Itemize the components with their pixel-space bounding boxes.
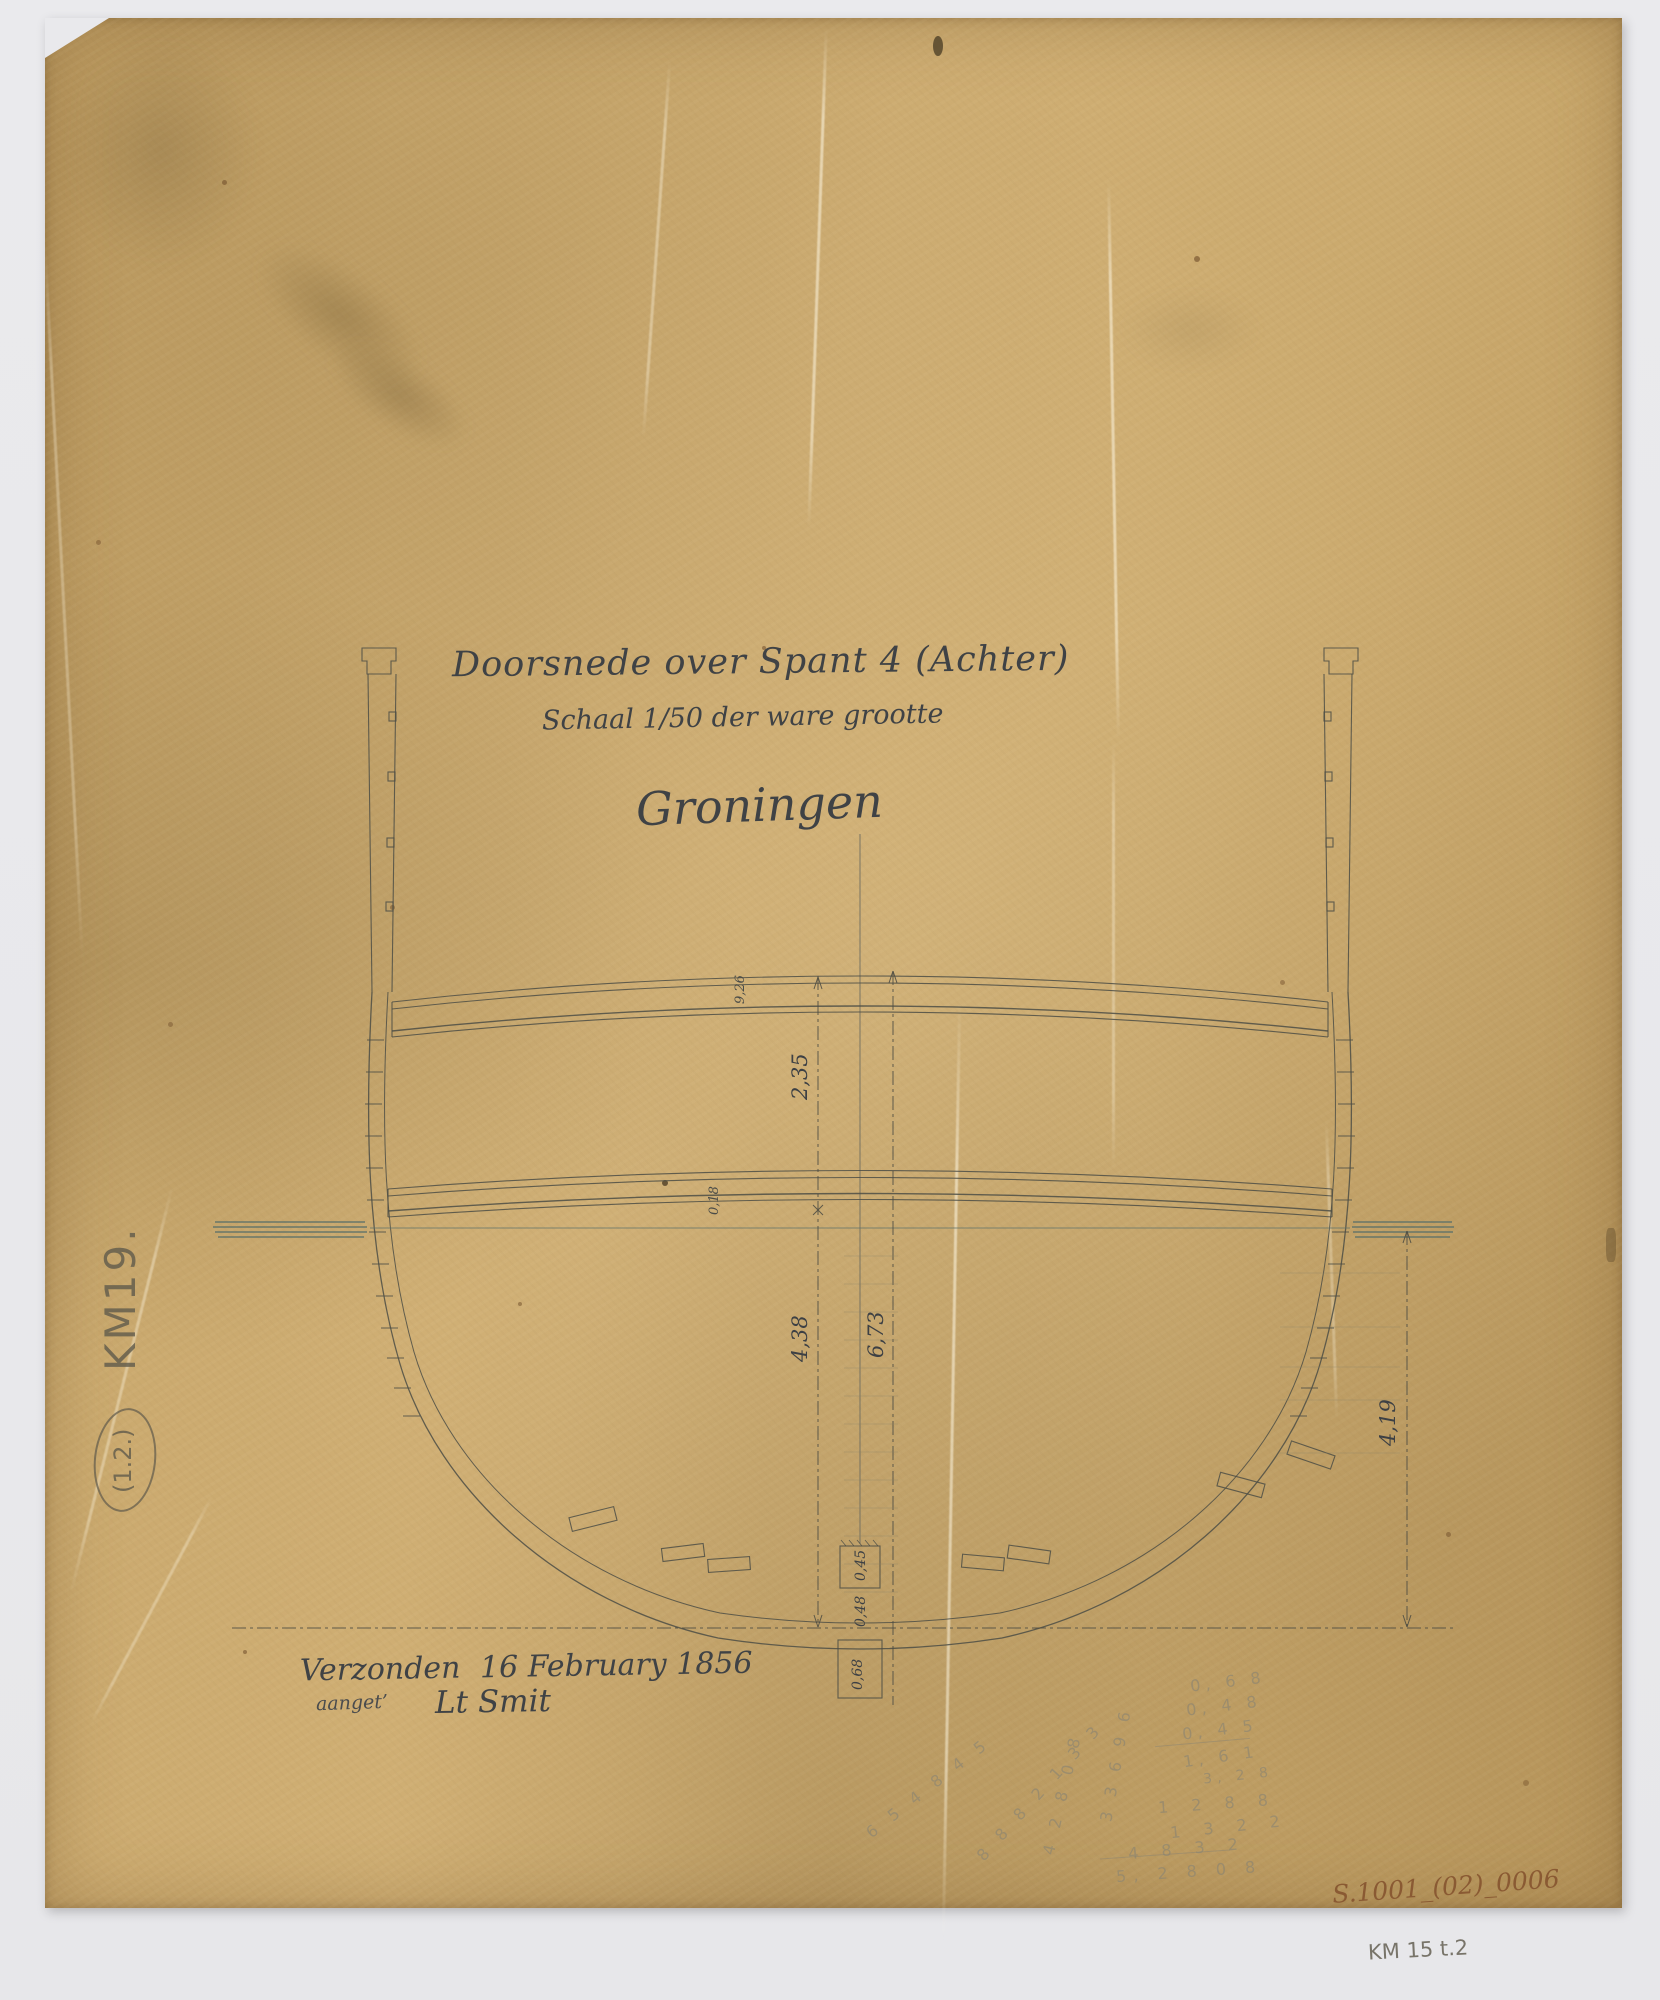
left-post <box>362 648 396 992</box>
dimension-label-tween-deck: 2,35 <box>788 1053 812 1100</box>
waterline <box>213 1222 1454 1237</box>
pencil-ruler-ticks <box>844 1256 1400 1592</box>
archive-mark-circled: (1.2.) <box>109 1428 137 1493</box>
ship-name: Groningen <box>635 774 883 837</box>
dimension-label-hold-depth: 4,38 <box>788 1315 812 1362</box>
dimension-lines <box>232 971 1455 1705</box>
scanned-sheet-canvas: Doorsnede over Spant 4 (Achter) Schaal 1… <box>0 0 1660 2000</box>
dimension-label-keelson: 0,45 <box>853 1550 869 1581</box>
dimension-label-keel: 0,68 <box>850 1659 866 1690</box>
archive-mark-km19: KM19. <box>96 1225 145 1371</box>
dimension-label-draught: 4,19 <box>1376 1399 1400 1446</box>
hull-cross-section-drawing <box>0 0 1660 2000</box>
dimension-label-floor: 0,48 <box>853 1596 869 1627</box>
sent-date: 16 February 1856 <box>480 1646 753 1686</box>
sent-note: Verzonden <box>300 1651 461 1689</box>
dimension-label-total-depth: 6,73 <box>864 1311 888 1358</box>
signature: Lt Smit <box>435 1683 552 1721</box>
sent-annotation: aanget’ <box>316 1691 389 1715</box>
dimension-arrows <box>813 971 1411 1627</box>
dimension-label-upper-deck: 9,26 <box>733 975 748 1004</box>
right-post <box>1324 648 1358 992</box>
bilge-planks <box>569 1441 1335 1573</box>
drawing-title: Doorsnede over Spant 4 (Achter) <box>452 639 1070 685</box>
dimension-label-lower-deck: 0,18 <box>707 1186 722 1215</box>
